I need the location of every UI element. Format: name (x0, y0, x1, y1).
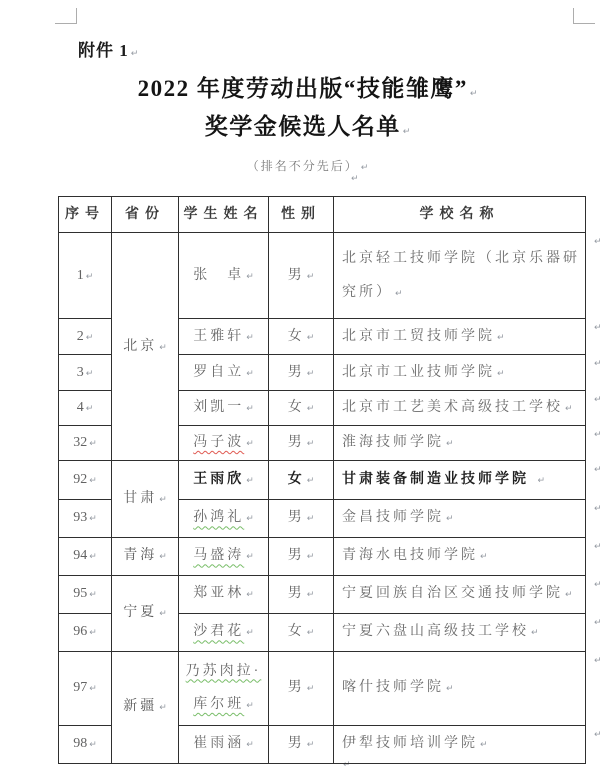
document-page: 附件 1↵ 2022 年度劳动出版“技能雏鹰”↵ 奖学金候选人名单↵ （排名不分… (0, 0, 615, 774)
paragraph-mark: ↵ (89, 434, 97, 456)
table-row: 95↵ 宁夏↵ 郑亚林↵ 男↵ 宁夏回族自治区交通技师学院↵ (59, 575, 586, 613)
paragraph-mark: ↵ (307, 623, 315, 645)
cell-school: 宁夏六盘山高级技工学校↵ (334, 613, 586, 651)
paragraph-mark: ↵ (86, 267, 94, 289)
paragraph-mark: ↵ (89, 585, 97, 607)
row-end-mark: ↵ (594, 323, 602, 333)
cell-student-name: 王雅轩↵ (179, 319, 269, 355)
paragraph-mark: ↵ (307, 547, 315, 569)
paragraph-mark: ↵ (246, 364, 254, 386)
paragraph-mark: ↵ (307, 399, 315, 421)
cell-gender: 男↵ (269, 575, 334, 613)
paragraph-mark: ↵ (307, 735, 315, 757)
cell-province-beijing: 北京↵ (112, 233, 179, 461)
cell-no: 92↵ (59, 460, 112, 499)
paragraph-mark: ↵ (246, 328, 254, 350)
row-end-mark: ↵ (594, 730, 602, 740)
paragraph-mark: ↵ (159, 698, 167, 720)
paragraph-mark: ↵ (246, 509, 254, 531)
paragraph-mark: ↵ (446, 679, 454, 701)
paragraph-mark: ↵ (246, 267, 254, 289)
paragraph-mark: ↵ (246, 399, 254, 421)
cell-no: 95↵ (59, 575, 112, 613)
cell-province-xinjiang: 新疆↵ (112, 651, 179, 763)
cell-student-name: 崔雨涵↵ (179, 725, 269, 763)
cell-student-name: 刘凯一↵ (179, 391, 269, 426)
cell-school: 北京市工艺美术高级技工学校↵ (334, 391, 586, 426)
cell-gender: 男↵ (269, 499, 334, 537)
cell-gender: 男↵ (269, 651, 334, 725)
paragraph-mark: ↵ (86, 364, 94, 386)
paragraph-mark: ↵ (565, 585, 573, 607)
row-end-mark: ↵ (594, 359, 602, 369)
paragraph-mark: ↵ (307, 679, 315, 701)
paragraph-mark: ↵ (361, 163, 369, 173)
cell-school: 北京市工业技师学院↵ (334, 355, 586, 391)
paragraph-mark: ↵ (246, 585, 254, 607)
cell-province-qinghai: 青海↵ (112, 537, 179, 575)
paragraph-mark: ↵ (480, 547, 488, 569)
cell-no: 4↵ (59, 391, 112, 426)
paragraph-mark: ↵ (246, 434, 254, 456)
paragraph-mark: ↵ (246, 623, 254, 645)
cell-student-name: 张 卓↵ (179, 233, 269, 319)
cell-gender: 男↵ (269, 355, 334, 391)
cell-gender: 女↵ (269, 460, 334, 499)
paragraph-mark: ↵ (86, 399, 94, 421)
paragraph-mark: ↵ (89, 471, 97, 493)
paragraph-mark: ↵ (89, 679, 97, 701)
cell-school: 北京轻工技师学院（北京乐器研究所）↵ (334, 233, 586, 319)
paragraph-mark: ↵ (307, 434, 315, 456)
row-end-mark: ↵ (594, 430, 602, 440)
cell-student-name: 王雨欣↵ (179, 460, 269, 499)
cell-school: 淮海技师学院↵ (334, 426, 586, 461)
paragraph-mark: ↵ (246, 547, 254, 569)
paragraph-mark: ↵ (159, 338, 167, 360)
cell-no: 93↵ (59, 499, 112, 537)
paragraph-mark: ↵ (403, 127, 411, 137)
candidates-table: 序号 省份 学生姓名 性别 学校名称 1↵ 北京↵ 张 卓↵ 男↵ 北京轻工技师… (58, 196, 586, 764)
cell-school: 喀什技师学院↵ (334, 651, 586, 725)
table-row: 94↵ 青海↵ 马盛涛↵ 男↵ 青海水电技师学院↵ (59, 537, 586, 575)
paragraph-mark: ↵ (89, 735, 97, 757)
paragraph-mark: ↵ (307, 267, 315, 289)
paragraph-mark: ↵ (307, 364, 315, 386)
cell-gender: 男↵ (269, 725, 334, 763)
cell-no: 96↵ (59, 613, 112, 651)
cell-student-name: 郑亚林↵ (179, 575, 269, 613)
paragraph-mark: ↵ (89, 623, 97, 645)
cell-student-name: 乃苏肉拉·库尔班↵ (179, 651, 269, 725)
cell-student-name: 沙君花↵ (179, 613, 269, 651)
paragraph-mark: ↵ (159, 547, 167, 569)
row-end-mark: ↵ (594, 542, 602, 552)
ranking-note: （排名不分先后）↵ (0, 157, 615, 174)
paragraph-mark: ↵ (159, 604, 167, 626)
cell-gender: 男↵ (269, 537, 334, 575)
paragraph-mark: ↵ (565, 399, 573, 421)
cell-gender: 女↵ (269, 613, 334, 651)
paragraph-mark: ↵ (159, 490, 167, 512)
row-end-mark: ↵ (594, 504, 602, 514)
table-row-highlighted: 92↵ 甘肃↵ 王雨欣↵ 女↵ 甘肃装备制造业技师学院 ↵ (59, 460, 586, 499)
text-boundary-mark-top-left (55, 8, 77, 24)
row-end-mark: ↵ (594, 580, 602, 590)
cell-school: 金昌技师学院↵ (334, 499, 586, 537)
paragraph-mark: ↵ (497, 364, 505, 386)
empty-paragraph-mark: ↵ (351, 174, 359, 184)
cell-province-ningxia: 宁夏↵ (112, 575, 179, 651)
cell-gender: 女↵ (269, 391, 334, 426)
cell-school: 宁夏回族自治区交通技师学院↵ (334, 575, 586, 613)
row-end-mark: ↵ (594, 237, 602, 247)
attachment-label: 附件 1↵ (78, 36, 138, 61)
cell-gender: 男↵ (269, 233, 334, 319)
paragraph-mark: ↵ (131, 49, 139, 59)
header-province: 省份 (112, 197, 179, 233)
row-end-mark: ↵ (594, 395, 602, 405)
paragraph-mark: ↵ (307, 328, 315, 350)
paragraph-mark: ↵ (307, 509, 315, 531)
cell-no: 97↵ (59, 651, 112, 725)
cell-school: 北京市工贸技师学院↵ (334, 319, 586, 355)
cell-no: 98↵ (59, 725, 112, 763)
row-end-mark: ↵ (594, 656, 602, 666)
paragraph-mark: ↵ (89, 547, 97, 569)
header-no: 序号 (59, 197, 112, 233)
paragraph-mark: ↵ (480, 735, 488, 757)
cell-province-gansu: 甘肃↵ (112, 460, 179, 537)
cell-no: 94↵ (59, 537, 112, 575)
cell-no: 3↵ (59, 355, 112, 391)
cell-student-name: 冯子波↵ (179, 426, 269, 461)
cell-gender: 男↵ (269, 426, 334, 461)
header-student-name: 学生姓名 (179, 197, 269, 233)
cell-student-name: 马盛涛↵ (179, 537, 269, 575)
paragraph-mark: ↵ (246, 696, 254, 718)
cell-school: 青海水电技师学院↵ (334, 537, 586, 575)
cell-no: 2↵ (59, 319, 112, 355)
cell-no: 32↵ (59, 426, 112, 461)
paragraph-mark: ↵ (86, 328, 94, 350)
row-end-mark: ↵ (594, 618, 602, 628)
paragraph-mark: ↵ (446, 434, 454, 456)
cell-gender: 女↵ (269, 319, 334, 355)
document-title-line2: 奖学金候选人名单↵ (0, 108, 615, 141)
paragraph-mark: ↵ (531, 623, 539, 645)
row-end-mark: ↵ (594, 465, 602, 475)
paragraph-mark: ↵ (89, 509, 97, 531)
paragraph-mark: ↵ (470, 89, 478, 99)
header-school-name: 学校名称 (334, 197, 586, 233)
header-gender: 性别 (269, 197, 334, 233)
paragraph-mark: ↵ (446, 509, 454, 531)
cell-school: 伊犁技师培训学院↵ (334, 725, 586, 763)
text-boundary-mark-top-right (573, 8, 595, 24)
paragraph-mark: ↵ (246, 735, 254, 757)
paragraph-mark: ↵ (307, 585, 315, 607)
cell-school: 甘肃装备制造业技师学院 ↵ (334, 460, 586, 499)
paragraph-mark: ↵ (538, 471, 546, 493)
paragraph-mark: ↵ (395, 284, 403, 306)
paragraph-mark: ↵ (246, 471, 254, 493)
paragraph-mark: ↵ (497, 328, 505, 350)
table-row: 1↵ 北京↵ 张 卓↵ 男↵ 北京轻工技师学院（北京乐器研究所）↵ (59, 233, 586, 319)
table-header-row: 序号 省份 学生姓名 性别 学校名称 (59, 197, 586, 233)
cell-student-name: 孙鸿礼↵ (179, 499, 269, 537)
attachment-text: 附件 1↵ (78, 41, 138, 60)
cell-no: 1↵ (59, 233, 112, 319)
document-title-line1: 2022 年度劳动出版“技能雏鹰”↵ (0, 70, 615, 103)
table-row: 97↵ 新疆↵ 乃苏肉拉·库尔班↵ 男↵ 喀什技师学院↵ (59, 651, 586, 725)
cell-student-name: 罗自立↵ (179, 355, 269, 391)
paragraph-mark: ↵ (307, 471, 315, 493)
